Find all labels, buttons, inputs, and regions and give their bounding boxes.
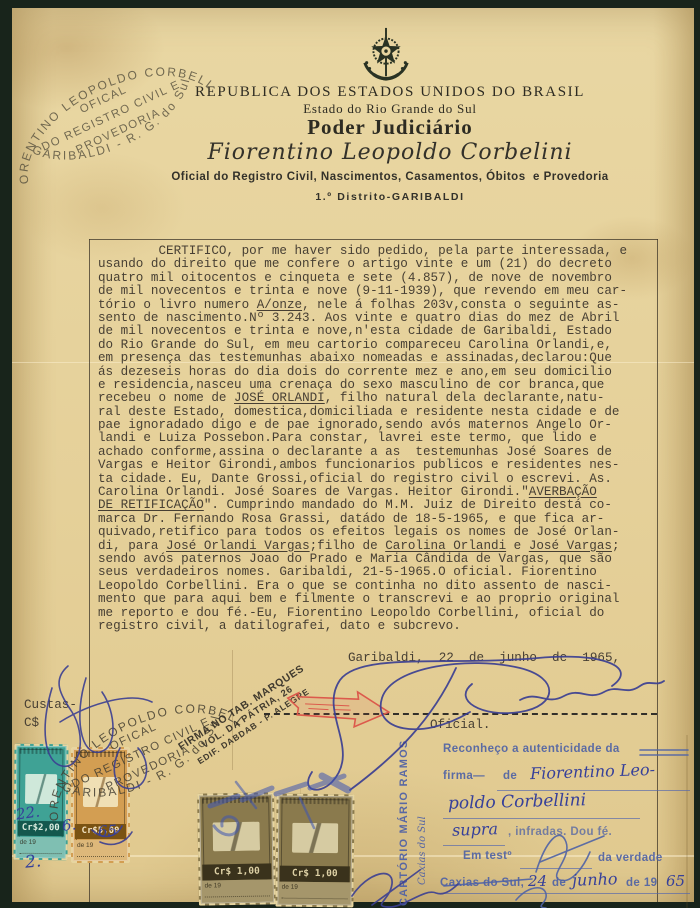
date-line: Garibaldi, 22 de junho de 1965, xyxy=(348,651,620,665)
body-line: achado conforme,assina o declarante a as… xyxy=(98,446,638,459)
body-line: landi e Luiza Possebon.Para constar, lav… xyxy=(98,432,638,445)
body-line: ral deste Estado, domestica,domiciliada … xyxy=(98,406,638,419)
body-line: me reporto e dou fé.-Eu, Fiorentino Leop… xyxy=(98,607,638,620)
body-frame-right xyxy=(657,239,658,902)
body-line: sento de nascimento.Nº 3.243. Aos vinte … xyxy=(98,312,638,325)
body-line: de mil novecentos e trinta e nove,n'esta… xyxy=(98,325,638,338)
cancellation-day: 22. xyxy=(15,802,41,823)
notary-rule xyxy=(443,845,505,846)
cartorio-mario-ramos-stamp: CARTÓRIO MÁRIO RAMOS xyxy=(398,740,410,906)
body-line: ás dezeseis horas do dia dois do corrent… xyxy=(98,366,638,379)
body-frame-top xyxy=(89,239,658,240)
header-office-title: Oficial do Registro Civil, Nascimentos, … xyxy=(80,171,700,183)
notary-rule xyxy=(443,818,640,819)
notary-line1: Reconheço a autenticidade da xyxy=(443,743,620,755)
notary-de1: de xyxy=(552,877,566,889)
body-line: CERTIFICO, por me haver sido pedido, pel… xyxy=(98,245,638,258)
body-line: Vargas e Heitor Girondi,ambos funcionari… xyxy=(98,459,638,472)
body-line: DE RETIFICAÇÃO". Cumprindo mandado do M.… xyxy=(98,499,638,512)
brazil-coat-of-arms xyxy=(357,26,415,84)
body-line: em presença das testemunhas abaixo nomea… xyxy=(98,352,638,365)
body-line: mento que para aqui bem e filmente o tra… xyxy=(98,593,638,606)
notary-year: 65 xyxy=(666,872,685,890)
fold-crease xyxy=(686,735,688,908)
notary-day: 24 xyxy=(528,872,547,890)
body-line: usando do direito que me confere o artig… xyxy=(98,258,638,271)
notary-line2-de: de xyxy=(503,770,517,782)
oficial-label: Oficial. xyxy=(430,718,550,732)
stamp-emblem xyxy=(292,823,339,853)
notary-city: Caxias do Sul, xyxy=(440,877,524,889)
header-district: 1.º Distrito-GARIBALDI xyxy=(80,191,700,203)
body-line: do Rio Grande do Sul, em meu cartorio co… xyxy=(98,339,638,352)
notary-line2-firma: firma— xyxy=(443,770,485,782)
notary-rule xyxy=(520,868,592,869)
stamp-value: Cr$ 1,00 xyxy=(202,863,271,880)
body-line: quivado,retifico para todos os efeitos l… xyxy=(98,526,638,539)
revenue-stamp-olive-left: Cr$ 1,00 de 19 xyxy=(197,792,276,905)
cartorio-city-stamp: Caxias do Sul xyxy=(417,816,428,885)
body-line: quatro mil oitocentos e cinqueta e sete … xyxy=(98,272,638,285)
body-line: pae ignoradado digo e de pae ignorado,se… xyxy=(98,419,638,432)
cancellation-year: 65 xyxy=(97,821,117,840)
stamp-emblem xyxy=(213,822,260,852)
scanned-document: REPUBLICA DOS ESTADOS UNIDOS DO BRASIL E… xyxy=(0,0,700,908)
body-line: de mil novecentos e trinta e nove (9-11-… xyxy=(98,285,638,298)
notary-de2: de 19 xyxy=(626,877,657,889)
notary-line5-pre: Em testº xyxy=(463,850,512,862)
body-line: sendo avós paternos Joao do Prado e Mari… xyxy=(98,553,638,566)
revenue-stamp-olive-right: Cr$ 1,00 de 19 xyxy=(275,794,354,908)
body-line: registro civil, a datilografei, dato e s… xyxy=(98,620,638,633)
body-text: CERTIFICO, por me haver sido pedido, pel… xyxy=(98,245,638,633)
body-line: Leopoldo Corbellini. Era o que se contin… xyxy=(98,580,638,593)
body-line: di, para José Orlandi Vargas;filho de Ca… xyxy=(98,540,638,553)
cancellation-month: 6. xyxy=(61,815,77,834)
body-line: marca Dr. Fernando Rosa Grassi, datádo d… xyxy=(98,513,638,526)
notary-handwritten-name2: poldo Corbellini xyxy=(448,790,587,814)
stamp-value: Cr$ 1,00 xyxy=(280,866,350,883)
notary-line4: , infradas. Dou fé. xyxy=(508,826,612,838)
notary-line5-post: da verdade xyxy=(598,852,663,864)
stamp-footer: de 19 xyxy=(20,839,36,846)
body-line: recebeu o nome de JOSÉ ORLANDI, filho na… xyxy=(98,392,638,405)
stamp-footer: de 19 xyxy=(282,884,298,891)
notary-month: junho xyxy=(572,869,618,890)
body-line: tório o livro numero A/onze, nele á folh… xyxy=(98,299,638,312)
body-line: seus verdadeiros nomes. Garibaldi, 21-5-… xyxy=(98,566,638,579)
notary-rule xyxy=(443,893,690,894)
notary-handwritten-supra: supra xyxy=(452,819,499,840)
signature-line xyxy=(264,713,657,715)
stamp-footer: de 19 xyxy=(205,882,221,889)
page-number: 2. xyxy=(24,851,42,872)
